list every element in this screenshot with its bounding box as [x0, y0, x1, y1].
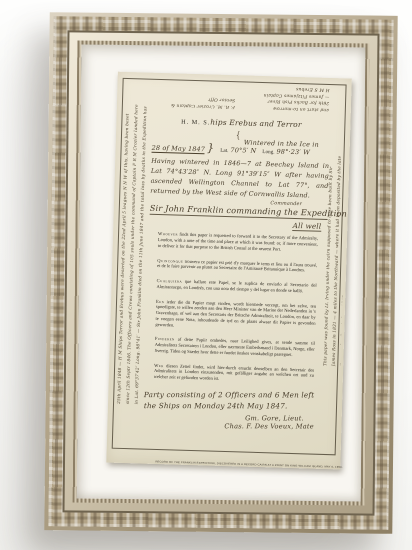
closing-note: Party consisting of 2 Officers and 6 Men…	[144, 390, 322, 432]
photo-background: 25th April 1848 — H M Ships Terror and E…	[0, 0, 412, 550]
instruction-dutch: Een ieder die dit Papier mogt vinden, wo…	[155, 299, 316, 332]
long-value: 98°·23′ W	[276, 147, 310, 156]
frame-step-band: 25th April 1848 — H M Ships Terror and E…	[62, 30, 379, 515]
mat: 25th April 1848 — H M Ships Terror and E…	[77, 45, 366, 502]
lat-value: 70°5′ N	[230, 146, 256, 155]
wintering-narrative: Having wintered in 1846—7 at Beechey Isl…	[150, 157, 329, 203]
frame-bead-band: 25th April 1848 — H M Ships Terror and E…	[73, 40, 370, 505]
long-label: Long.	[262, 149, 274, 155]
instruction-spanish: Cualquiera que hallare este Papel, se le…	[156, 278, 316, 294]
document-paper: 25th April 1848 — H M Ships Terror and E…	[106, 72, 351, 470]
instruction-danish: Finderen af dette Papiir ombedes, naar L…	[155, 336, 315, 358]
brace-close: }	[207, 141, 215, 154]
ship-names-handwritten: hips Erebus and Terror	[210, 117, 302, 129]
signature-desvoeux: Chas. F. Des Voeux, Mate	[144, 422, 314, 431]
multilingual-instructions: Whoever finds this paper is requested to…	[145, 231, 327, 385]
signature-gore: Gm. Gore, Lieut.	[144, 414, 304, 423]
inverted-top-notes: F. R. M. Crozier Captain & Senior Offr a…	[155, 83, 330, 112]
document-content: F. R. M. Crozier Captain & Senior Offr a…	[143, 81, 331, 434]
printed-hms: H. M. S.	[181, 119, 210, 127]
inverted-note-left: F. R. M. Crozier Captain & Senior Offr	[155, 83, 236, 109]
instruction-german: Wer diesen Zettel findet, wird hier-durc…	[154, 363, 314, 385]
frame-slope-band: 25th April 1848 — H M Ships Terror and E…	[65, 32, 378, 513]
instruction-english: Whoever finds this paper is requested to…	[158, 231, 318, 253]
inverted-note-right: and start on to-morrow 26th for Backs Fi…	[263, 86, 330, 112]
picture-frame: 25th April 1848 — H M Ships Terror and E…	[44, 12, 397, 534]
print-caption: RECORD OF THE FRANKLIN EXPEDITION, DISCO…	[155, 460, 291, 467]
party-line: Party consisting of 2 Officers and 6 Men…	[144, 390, 322, 412]
date-handwritten: 28 of May 1847	[151, 144, 205, 155]
brace-open: {	[236, 130, 241, 141]
lat-label: Lat.	[220, 148, 228, 154]
instruction-french: Quinconque trouvera ce papier est prié d…	[157, 258, 317, 274]
frame-ornate-band: 25th April 1848 — H M Ships Terror and E…	[48, 16, 393, 530]
